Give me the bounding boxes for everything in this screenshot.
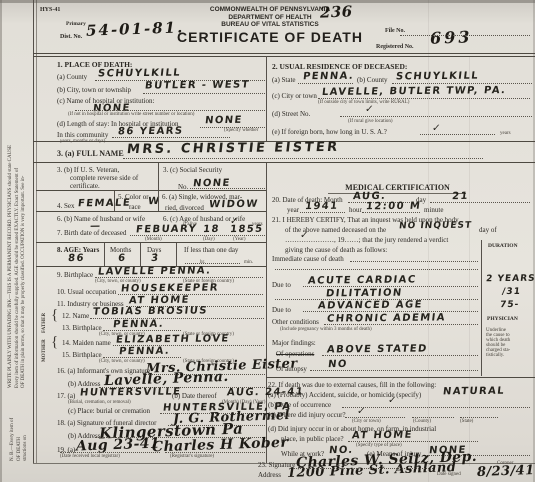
birthdate-day: 18 bbox=[202, 224, 220, 235]
birthplace-value: LAVELLE PENNA. bbox=[97, 265, 212, 277]
dotted-line bbox=[412, 417, 454, 418]
dotted-line bbox=[400, 35, 530, 36]
s2e-label: (e) If foreign born, how long in U. S. A… bbox=[272, 128, 387, 136]
file-no-label: File No. bbox=[385, 28, 405, 34]
dotted-line bbox=[60, 452, 160, 453]
injury-place-sub: (Specify type of place) bbox=[356, 443, 402, 448]
age-min-label: min. bbox=[244, 260, 253, 265]
registered-no-label: Registered No. bbox=[376, 44, 414, 50]
medical-certification-title: MEDICAL CERTIFICATION bbox=[330, 183, 465, 192]
cell-divider bbox=[140, 243, 141, 266]
s2c-sub: (If outside city of town limits, write R… bbox=[318, 100, 409, 105]
date-signed-label: Date signed bbox=[437, 472, 461, 477]
dotted-line bbox=[362, 212, 420, 213]
major-findings-label: Major findings: bbox=[272, 339, 316, 347]
inquest-value: NO INQUEST bbox=[398, 221, 472, 232]
mother-birthplace-value: PENNA. bbox=[118, 346, 170, 358]
death-day-value: 21 bbox=[451, 191, 469, 202]
s2c-value: LAVELLE, BUTLER TWP, PA. bbox=[321, 85, 507, 98]
age-days-value: 3 bbox=[150, 253, 160, 264]
primary-label: Primary bbox=[66, 21, 86, 27]
cell-divider bbox=[114, 191, 115, 211]
s2c-label: (c) City or town bbox=[272, 92, 317, 100]
death-minute-label: minute bbox=[424, 206, 443, 214]
occupation-value: HOUSEKEEPER bbox=[120, 282, 219, 294]
age-years-value: 86 bbox=[67, 253, 85, 264]
dotted-line bbox=[348, 441, 478, 442]
autopsy-value: NO bbox=[327, 359, 348, 370]
s1b-label: (b) City, town or township bbox=[57, 86, 131, 94]
disposition-date-label: (b) Date thereof bbox=[172, 392, 217, 400]
death-hour-value: 12:00 M bbox=[365, 201, 421, 213]
physician-note-line: tistically. bbox=[486, 353, 510, 358]
s1a-label: (a) County bbox=[57, 73, 87, 81]
birthdate-month: FEBUARY bbox=[135, 224, 197, 236]
accident-mark: ✓ bbox=[387, 395, 398, 406]
s2a-value: PENNA. bbox=[302, 71, 354, 83]
veteran-label-2: complete reverse side of bbox=[70, 174, 138, 182]
margin-line: OF DEATH in plain terms, so that it may … bbox=[21, 145, 28, 388]
dotted-line bbox=[310, 370, 478, 371]
certificate-title: CERTIFICATE OF DEATH bbox=[175, 29, 365, 45]
cell-divider bbox=[176, 243, 177, 266]
death-certificate-scan: WRITE PLAINLY WITH UNFADING INK—THIS IS … bbox=[0, 0, 535, 482]
cell-divider bbox=[104, 243, 105, 266]
s1c-sub: (If not in hospital or institution write… bbox=[68, 112, 194, 117]
accident-value: NATURAL bbox=[442, 386, 505, 398]
dotted-line bbox=[143, 93, 265, 94]
form-code: HYS-41 bbox=[40, 7, 60, 13]
injury-where-label: (c) Where did injury occur? bbox=[268, 411, 346, 419]
row-rule bbox=[36, 190, 266, 191]
s2d-checkmark: ✓ bbox=[364, 104, 375, 115]
dotted-line bbox=[165, 452, 265, 453]
birthdate-label: 7. Birth date of deceased bbox=[57, 229, 126, 237]
father-brace: { bbox=[51, 307, 58, 324]
margin-rule bbox=[36, 0, 37, 463]
s2a-label: (a) State bbox=[272, 76, 296, 84]
race-value: W bbox=[147, 196, 161, 207]
veteran-label-1: 3. (b) If U. S. Veteran, bbox=[57, 166, 119, 174]
death-year-value: 1941 bbox=[304, 201, 339, 212]
father-birthplace-value: PENNA. bbox=[112, 319, 164, 331]
margin-line: Every item of information should be care… bbox=[15, 145, 22, 388]
dotted-line bbox=[123, 158, 483, 159]
s2e-sub: years bbox=[500, 131, 511, 136]
s2b-label: (b) County bbox=[357, 76, 388, 84]
physician-sidebar-note: Underline the cause to which death shoul… bbox=[486, 328, 510, 358]
title-underline bbox=[328, 193, 466, 194]
of-operations-label: Of operations bbox=[276, 350, 314, 358]
father-name-value: TOBIAS BROSIUS bbox=[92, 305, 208, 317]
dotted-line bbox=[303, 311, 478, 312]
duration-1-code: /31 bbox=[501, 287, 521, 297]
margin-rule bbox=[33, 0, 34, 463]
injury-place-label-2: place, in public place? bbox=[281, 435, 344, 443]
scan-edge-top bbox=[0, 0, 535, 3]
s1d-sub: (Specify whether bbox=[224, 128, 258, 133]
cell-divider bbox=[158, 191, 159, 211]
section-rule bbox=[33, 162, 535, 163]
due-to-2-label: Due to bbox=[272, 306, 291, 314]
disposition-label: 17. (a) bbox=[57, 392, 75, 400]
dotted-line bbox=[318, 98, 530, 99]
s2d-sub: (If rural give location) bbox=[348, 119, 393, 124]
s1e-label: In this community bbox=[57, 131, 108, 139]
other-conditions-value: CHRONIC ADEMIA bbox=[326, 312, 446, 324]
cell-divider bbox=[158, 163, 159, 190]
injury-city-sub: (City or town) bbox=[352, 419, 381, 424]
cause-1-line-2: DILITATION bbox=[325, 288, 403, 300]
s1b-value: BUTLER - WEST bbox=[144, 79, 250, 91]
mother-maiden-label: 14. Maiden name bbox=[62, 339, 111, 347]
registrar-signature-sub: (Registrar's signature) bbox=[170, 454, 214, 459]
dotted-line bbox=[342, 407, 530, 408]
column-divider bbox=[266, 56, 267, 142]
injury-county-sub: (County) bbox=[413, 419, 431, 424]
industry-value: AT HOME bbox=[128, 295, 190, 307]
row-rule bbox=[36, 242, 266, 243]
cause-2-value: ADVANCED AGE bbox=[317, 299, 423, 311]
disposition-sub: (Burial, cremation, or removal) bbox=[68, 400, 131, 405]
header-rule bbox=[33, 56, 535, 57]
dotted-line bbox=[340, 116, 532, 117]
full-name-label: 3. (a) FULL NAME bbox=[57, 149, 124, 158]
s2e-checkmark: ✓ bbox=[431, 123, 442, 134]
s2d-label: (d) Street No. bbox=[272, 110, 310, 118]
duration-2-value: 75- bbox=[499, 300, 519, 310]
due-to-1-label: Due to bbox=[272, 281, 291, 289]
marital-value: WIDOW bbox=[208, 199, 259, 211]
margin-line: WRITE PLAINLY WITH UNFADING INK—THIS IS … bbox=[8, 145, 15, 388]
ssn-label: 3. (c) Social Security bbox=[163, 166, 222, 174]
dotted-line bbox=[130, 235, 265, 236]
dist-no-label: Dist. No. bbox=[60, 34, 82, 40]
section-rule bbox=[266, 377, 535, 378]
injury-where-mark: ✓ bbox=[356, 406, 367, 417]
dotted-line bbox=[392, 83, 532, 84]
coroner-address-label: Address bbox=[258, 471, 281, 479]
dotted-line bbox=[345, 417, 405, 418]
registered-no-value: 693 bbox=[430, 27, 473, 47]
registrar-date-sub: (Date received local registrar) bbox=[60, 454, 120, 459]
dotted-line bbox=[293, 468, 433, 469]
dotted-line bbox=[185, 263, 240, 264]
cause-1-line-1: ACUTE CARDIAC bbox=[307, 274, 417, 286]
burial-place-label: (c) Place: burial or cremation bbox=[68, 407, 150, 415]
dotted-line bbox=[350, 261, 478, 262]
birthplace-label: 9. Birthplace bbox=[57, 271, 93, 279]
hw-page-number: 236 bbox=[320, 2, 353, 21]
duration-header: DURATION bbox=[488, 243, 518, 249]
major-findings-value: ABOVE STATED bbox=[326, 343, 428, 355]
dotted-line bbox=[95, 277, 263, 278]
scan-edge-left bbox=[0, 0, 2, 482]
physician-sidebar-title: PHYSICIAN bbox=[487, 316, 518, 322]
date-signed-value: 8/23/41 bbox=[477, 463, 535, 480]
header-rule bbox=[33, 53, 535, 54]
margin-nb-line: structions on bbox=[23, 418, 30, 461]
age-less-header: If less than one day bbox=[184, 246, 238, 254]
dotted-line bbox=[430, 202, 530, 203]
occurrence-date-label: (b) Date of occurrence bbox=[268, 401, 331, 409]
occupation-label: 10. Usual occupation bbox=[57, 288, 116, 296]
disposition-value: HUNTERSVILLE bbox=[79, 386, 182, 398]
dotted-line bbox=[190, 188, 265, 189]
autopsy-label: Of autopsy bbox=[276, 365, 307, 373]
margin-nb-line: OF DEATH bbox=[17, 418, 24, 461]
mother-birthplace-sub1: (City, town, or county) bbox=[99, 359, 145, 364]
injury-state-sub: (State) bbox=[460, 419, 473, 424]
dotted-line bbox=[75, 110, 265, 111]
certify-line-3: …………………, 19……; that the jury rendered a … bbox=[285, 236, 448, 244]
dotted-line bbox=[275, 269, 478, 270]
sex-label: 4. Sex bbox=[57, 202, 75, 210]
certify-line-4: giving the cause of death as follows: bbox=[285, 246, 387, 254]
father-birthplace-label: 13. Birthplace bbox=[62, 324, 102, 332]
s1e-value: 86 YEARS bbox=[117, 126, 184, 138]
margin-nb-line: N. B.—Every item of bbox=[10, 418, 17, 461]
dotted-line bbox=[103, 357, 181, 358]
dist-no-value: 54-01-81. bbox=[86, 18, 185, 39]
race-label: race bbox=[129, 203, 141, 211]
death-hour-label: hour bbox=[349, 206, 362, 214]
injury-place-value: AT HOME bbox=[351, 430, 413, 442]
s2b-value: SCHUYLKILL bbox=[395, 71, 479, 83]
dotted-line bbox=[298, 83, 353, 84]
other-conditions-sub: (Include pregnancy within 3 months of de… bbox=[280, 327, 372, 332]
dotted-line bbox=[420, 134, 495, 135]
dotted-line bbox=[103, 330, 181, 331]
dotted-line bbox=[322, 355, 478, 356]
s1d-value: NONE bbox=[204, 115, 243, 126]
duration-1-value: 2 YEARS bbox=[485, 274, 535, 285]
other-conditions-label: Other conditions bbox=[272, 318, 319, 326]
external-causes-label: 22. If death was due to external causes,… bbox=[268, 381, 436, 389]
dotted-line bbox=[460, 417, 498, 418]
veteran-label-3: certificate. bbox=[70, 182, 100, 190]
mother-birthplace-label: 15. Birthplace bbox=[62, 351, 102, 359]
birthdate-year: 1855 bbox=[229, 224, 264, 235]
immediate-cause-label: Immediate cause of death bbox=[272, 255, 344, 263]
duration-divider bbox=[481, 240, 482, 376]
father-name-label: 12. Name bbox=[62, 312, 89, 320]
full-name-value: MRS. CHRISTIE EISTER bbox=[126, 140, 340, 157]
death-year-label: year bbox=[287, 206, 299, 214]
s1a-value: SCHUYLKILL bbox=[97, 68, 181, 80]
dotted-line bbox=[324, 324, 478, 325]
certify-day-of: day of bbox=[479, 226, 497, 234]
dotted-line bbox=[300, 212, 345, 213]
mother-brace: { bbox=[51, 334, 58, 351]
s2-title: 2. USUAL RESIDENCE OF DECEASED: bbox=[272, 62, 407, 71]
row-rule bbox=[36, 211, 266, 212]
sex-value: FEMALE bbox=[77, 198, 131, 210]
header-bureau: BUREAU OF VITAL STATISTICS bbox=[195, 21, 345, 28]
age-months-value: 6 bbox=[117, 253, 127, 264]
dotted-line bbox=[112, 137, 230, 138]
mother-maiden-value: ELIZABETH LOVE bbox=[115, 333, 230, 345]
